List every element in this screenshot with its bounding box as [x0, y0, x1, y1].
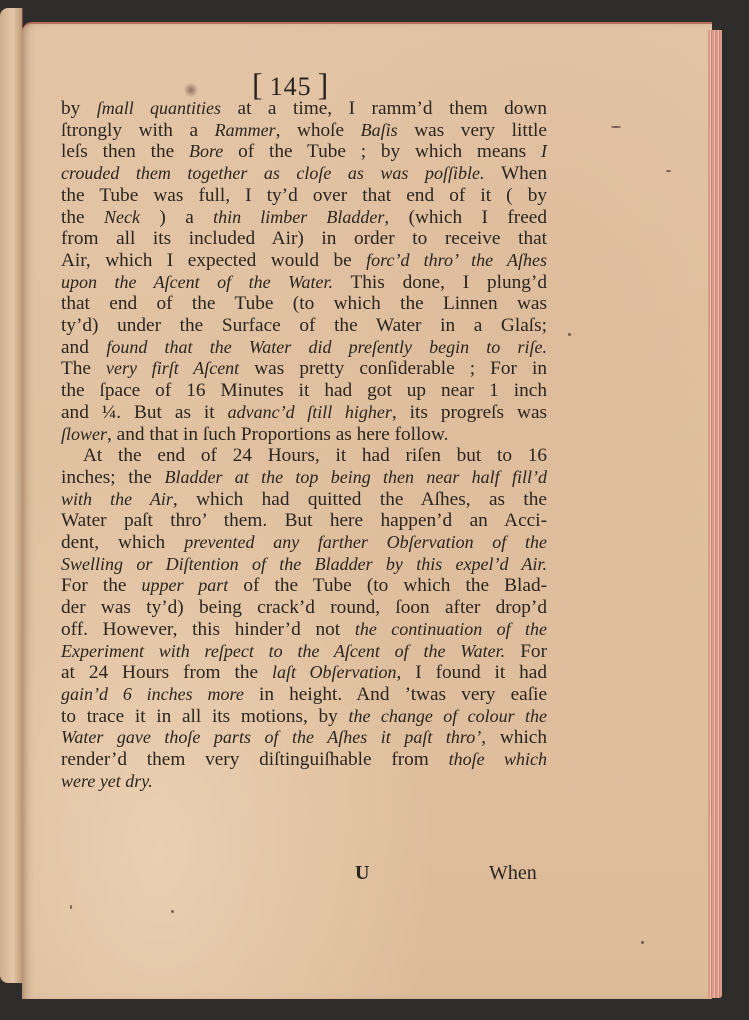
roman-text: At the end of 24 Hours, it had riſen but…: [83, 445, 547, 466]
text-line: the ſpace of 16 Minutes it had got up ne…: [61, 380, 547, 402]
roman-text: When: [484, 163, 547, 184]
text-line: to trace it in all its motions, by the c…: [61, 706, 547, 728]
signature-mark: U: [355, 862, 369, 885]
roman-text: , which had quitted the Aſhes, as the: [173, 489, 547, 510]
roman-text: the ſpace of 16 Minutes it had got up ne…: [61, 380, 547, 401]
roman-text: of the Tube (to which the Blad-: [228, 575, 547, 596]
roman-text: the: [61, 207, 104, 228]
text-line: upon the Aſcent of the Water. This done,…: [61, 272, 547, 294]
italic-text: were yet dry.: [61, 771, 153, 791]
roman-text: , its progreſs was: [392, 402, 547, 423]
italic-text: found that the Water did preſently begin…: [106, 337, 547, 357]
italic-text: Swelling or Diſtention of the Bladder by…: [61, 554, 547, 574]
text-line: were yet dry.: [61, 771, 547, 793]
italic-text: ſlower: [61, 424, 107, 444]
text-line: render’d them very diſtinguiſhable from …: [61, 749, 547, 771]
roman-text: dent, which: [61, 532, 184, 553]
roman-text: at 24 Hours from the: [61, 662, 272, 683]
body-text: by ſmall quantities at a time, I ramm’d …: [61, 98, 547, 793]
paper-speck: [666, 170, 671, 172]
roman-text: ) a: [140, 207, 213, 228]
right-bracket: ]: [318, 66, 330, 102]
italic-text: prevented any farther Obſervation of the: [184, 532, 547, 552]
roman-text: For the: [61, 575, 142, 596]
roman-text: in height. And ’twas very eaſie: [244, 684, 547, 705]
roman-text: by: [61, 98, 97, 119]
roman-text: , I found it had: [397, 662, 547, 683]
roman-text: , and that in ſuch Proportions as here f…: [107, 424, 448, 445]
italic-text: gain’d 6 inches more: [61, 684, 244, 704]
italic-text: Experiment with reſpect to the Aſcent of…: [61, 641, 505, 661]
text-line: ty’d) under the Surface of the Water in …: [61, 315, 547, 337]
text-line: Water paſt thro’ them. But here happen’d…: [61, 510, 547, 532]
text-line: with the Air, which had quitted the Aſhe…: [61, 489, 547, 511]
left-bracket: [: [252, 66, 264, 102]
roman-text: off. However, this hinder’d not: [61, 619, 355, 640]
text-line: The very firſt Aſcent was pretty conſide…: [61, 358, 547, 380]
roman-text: , which: [481, 727, 547, 748]
text-line: the Neck ) a thin limber Bladder, (which…: [61, 207, 547, 229]
italic-text: the continuation of the: [355, 619, 547, 639]
paper-speck: [568, 333, 571, 336]
text-line: from all its included Air) in order to r…: [61, 228, 547, 250]
text-line: leſs then the Bore of the Tube ; by whic…: [61, 141, 547, 163]
text-line: Swelling or Diſtention of the Bladder by…: [61, 554, 547, 576]
roman-text: and ¼. But as it: [61, 402, 228, 423]
roman-text: The: [61, 358, 106, 379]
text-line: the Tube was full, I ty’d over that end …: [61, 185, 547, 207]
text-line: crouded them together as cloſe as was po…: [61, 163, 547, 185]
roman-text: Water paſt thro’ them. But here happen’d…: [61, 510, 547, 531]
italic-text: laſt Obſervation: [272, 662, 397, 682]
paper-speck: [171, 910, 174, 913]
roman-text: ty’d) under the Surface of the Water in …: [61, 315, 547, 336]
roman-text: at a time, I ramm’d them down: [221, 98, 547, 119]
text-line: ſlower, and that in ſuch Proportions as …: [61, 424, 547, 446]
roman-text: was pretty conſiderable ; For in: [239, 358, 547, 379]
roman-text: Air, which I expected would be: [61, 250, 366, 271]
italic-text: with the Air: [61, 489, 173, 509]
roman-text: , whoſe: [276, 120, 361, 141]
italic-text: Bladder at the top being then near half …: [164, 467, 547, 487]
italic-text: upper part: [142, 575, 229, 595]
roman-text: that end of the Tube (to which the Linne…: [61, 293, 547, 314]
roman-text: inches; the: [61, 467, 164, 488]
roman-text: was very little: [398, 120, 547, 141]
italic-text: very firſt Aſcent: [106, 358, 239, 378]
italic-text: thoſe which: [449, 749, 547, 769]
previous-page-edge: [0, 8, 23, 983]
text-line: and ¼. But as it advanc’d ſtill higher, …: [61, 402, 547, 424]
italic-text: Rammer: [215, 120, 276, 140]
roman-text: of the Tube ; by which means: [223, 141, 541, 162]
catchword: When: [489, 862, 537, 885]
text-line: at 24 Hours from the laſt Obſervation, I…: [61, 662, 547, 684]
italic-text: I: [541, 141, 547, 161]
text-line: Air, which I expected would be forc’d th…: [61, 250, 547, 272]
italic-text: thin limber Bladder: [213, 207, 384, 227]
roman-text: ſtrongly with a: [61, 120, 215, 141]
paper-speck: [70, 905, 72, 909]
roman-text: the Tube was full, I ty’d over that end …: [61, 185, 547, 206]
italic-text: crouded them together as cloſe as was po…: [61, 163, 484, 183]
roman-text: der was ty’d) being crack’d round, ſoon …: [61, 597, 547, 618]
text-line: and found that the Water did preſently b…: [61, 337, 547, 359]
roman-text: render’d them very diſtinguiſhable from: [61, 749, 449, 770]
roman-text: , (which I freed: [384, 207, 547, 228]
text-line: Water gave thoſe parts of the Aſhes it p…: [61, 727, 547, 749]
text-line: der was ty’d) being crack’d round, ſoon …: [61, 597, 547, 619]
roman-text: For: [505, 641, 547, 662]
text-line: by ſmall quantities at a time, I ramm’d …: [61, 98, 547, 120]
roman-text: and: [61, 337, 106, 358]
text-line: ſtrongly with a Rammer, whoſe Baſis was …: [61, 120, 547, 142]
italic-text: advanc’d ſtill higher: [228, 402, 392, 422]
italic-text: upon the Aſcent of the Water.: [61, 272, 333, 292]
roman-text: leſs then the: [61, 141, 189, 162]
italic-text: the change of colour the: [349, 706, 547, 726]
ink-stain: [184, 82, 198, 98]
roman-text: from all its included Air) in order to r…: [61, 228, 547, 249]
page-fore-edge: [708, 30, 722, 998]
text-line: that end of the Tube (to which the Linne…: [61, 293, 547, 315]
italic-text: Bore: [189, 141, 223, 161]
roman-text: to trace it in all its motions, by: [61, 706, 349, 727]
italic-text: forc’d thro’ the Aſhes: [366, 250, 547, 270]
text-line: At the end of 24 Hours, it had riſen but…: [61, 445, 547, 467]
italic-text: Neck: [104, 207, 140, 227]
text-line: inches; the Bladder at the top being the…: [61, 467, 547, 489]
text-line: Experiment with reſpect to the Aſcent of…: [61, 641, 547, 663]
italic-text: ſmall quantities: [97, 98, 221, 118]
paper-speck: [641, 941, 644, 944]
italic-text: Baſis: [361, 120, 398, 140]
italic-text: Water gave thoſe parts of the Aſhes it p…: [61, 727, 481, 747]
text-line: gain’d 6 inches more in height. And ’twa…: [61, 684, 547, 706]
page-number: 145: [264, 72, 318, 101]
text-line: off. However, this hinder’d not the cont…: [61, 619, 547, 641]
text-line: dent, which prevented any farther Obſerv…: [61, 532, 547, 554]
roman-text: This done, I plung’d: [333, 272, 547, 293]
text-line: For the upper part of the Tube (to which…: [61, 575, 547, 597]
paper-speck: [611, 126, 621, 128]
